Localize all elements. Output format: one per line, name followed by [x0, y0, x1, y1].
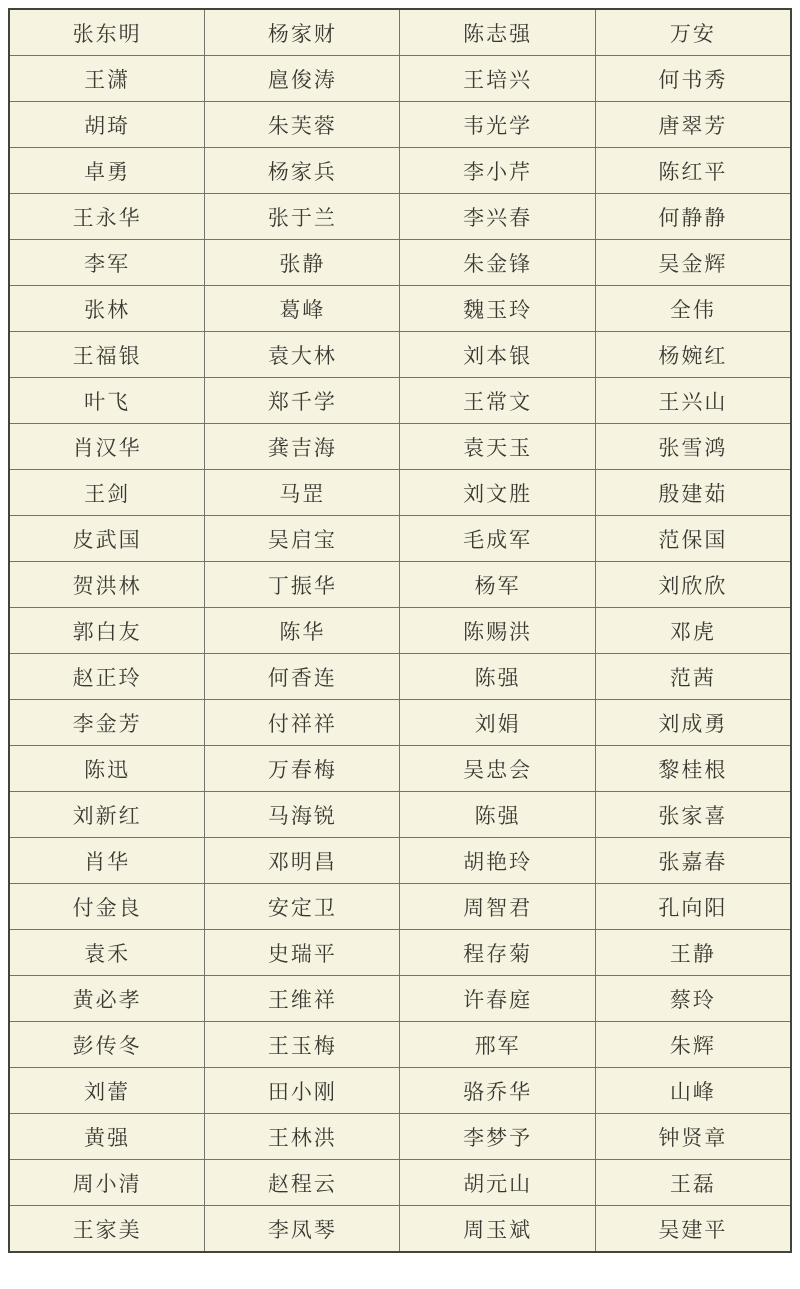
table-row: 肖汉华龚吉海袁天玉张雪鸿 [9, 424, 791, 470]
names-table-body: 张东明杨家财陈志强万安王潇扈俊涛王培兴何书秀胡琦朱芙蓉韦光学唐翠芳卓勇杨家兵李小… [9, 9, 791, 1252]
name-cell: 周小清 [9, 1160, 205, 1206]
table-row: 黄强王林洪李梦予钟贤章 [9, 1114, 791, 1160]
name-cell: 刘蕾 [9, 1068, 205, 1114]
name-cell: 刘文胜 [400, 470, 595, 516]
name-cell: 程存菊 [400, 930, 595, 976]
name-cell: 赵正玲 [9, 654, 205, 700]
name-cell: 杨家财 [205, 9, 400, 56]
name-cell: 王常文 [400, 378, 595, 424]
name-cell: 王玉梅 [205, 1022, 400, 1068]
name-cell: 陈红平 [595, 148, 791, 194]
name-cell: 袁天玉 [400, 424, 595, 470]
name-cell: 陈赐洪 [400, 608, 595, 654]
table-row: 张林葛峰魏玉玲全伟 [9, 286, 791, 332]
name-cell: 范茜 [595, 654, 791, 700]
table-row: 卓勇杨家兵李小芹陈红平 [9, 148, 791, 194]
name-cell: 邓明昌 [205, 838, 400, 884]
table-row: 叶飞郑千学王常文王兴山 [9, 378, 791, 424]
name-cell: 孔向阳 [595, 884, 791, 930]
name-cell: 吴建平 [595, 1206, 791, 1253]
name-cell: 朱芙蓉 [205, 102, 400, 148]
table-row: 王永华张于兰李兴春何静静 [9, 194, 791, 240]
name-cell: 许春庭 [400, 976, 595, 1022]
name-cell: 扈俊涛 [205, 56, 400, 102]
name-cell: 安定卫 [205, 884, 400, 930]
name-cell: 付金良 [9, 884, 205, 930]
name-cell: 龚吉海 [205, 424, 400, 470]
name-cell: 刘娟 [400, 700, 595, 746]
name-cell: 何书秀 [595, 56, 791, 102]
table-row: 彭传冬王玉梅邢军朱辉 [9, 1022, 791, 1068]
name-cell: 王林洪 [205, 1114, 400, 1160]
table-row: 黄必孝王维祥许春庭蔡玲 [9, 976, 791, 1022]
name-cell: 叶飞 [9, 378, 205, 424]
name-cell: 杨家兵 [205, 148, 400, 194]
table-row: 付金良安定卫周智君孔向阳 [9, 884, 791, 930]
name-cell: 何静静 [595, 194, 791, 240]
name-cell: 王兴山 [595, 378, 791, 424]
name-cell: 陈强 [400, 654, 595, 700]
name-cell: 王剑 [9, 470, 205, 516]
name-cell: 王静 [595, 930, 791, 976]
name-cell: 王维祥 [205, 976, 400, 1022]
name-cell: 韦光学 [400, 102, 595, 148]
name-cell: 吴启宝 [205, 516, 400, 562]
name-cell: 毛成军 [400, 516, 595, 562]
name-cell: 万安 [595, 9, 791, 56]
name-cell: 胡元山 [400, 1160, 595, 1206]
name-cell: 张家喜 [595, 792, 791, 838]
name-cell: 陈华 [205, 608, 400, 654]
name-cell: 黎桂根 [595, 746, 791, 792]
table-row: 周小清赵程云胡元山王磊 [9, 1160, 791, 1206]
name-cell: 郑千学 [205, 378, 400, 424]
table-row: 王福银袁大林刘本银杨婉红 [9, 332, 791, 378]
name-cell: 邢军 [400, 1022, 595, 1068]
name-cell: 肖华 [9, 838, 205, 884]
name-cell: 骆乔华 [400, 1068, 595, 1114]
name-cell: 朱辉 [595, 1022, 791, 1068]
name-cell: 刘新红 [9, 792, 205, 838]
name-cell: 唐翠芳 [595, 102, 791, 148]
table-row: 郭白友陈华陈赐洪邓虎 [9, 608, 791, 654]
name-cell: 王潇 [9, 56, 205, 102]
name-cell: 刘成勇 [595, 700, 791, 746]
name-cell: 何香连 [205, 654, 400, 700]
name-cell: 卓勇 [9, 148, 205, 194]
name-cell: 皮武国 [9, 516, 205, 562]
name-cell: 陈迅 [9, 746, 205, 792]
name-cell: 刘欣欣 [595, 562, 791, 608]
table-row: 赵正玲何香连陈强范茜 [9, 654, 791, 700]
name-cell: 邓虎 [595, 608, 791, 654]
name-cell: 黄强 [9, 1114, 205, 1160]
name-cell: 田小刚 [205, 1068, 400, 1114]
table-row: 皮武国吴启宝毛成军范保国 [9, 516, 791, 562]
name-cell: 李凤琴 [205, 1206, 400, 1253]
names-table-container: 张东明杨家财陈志强万安王潇扈俊涛王培兴何书秀胡琦朱芙蓉韦光学唐翠芳卓勇杨家兵李小… [0, 0, 800, 1261]
table-row: 胡琦朱芙蓉韦光学唐翠芳 [9, 102, 791, 148]
name-cell: 张东明 [9, 9, 205, 56]
name-cell: 张静 [205, 240, 400, 286]
name-cell: 范保国 [595, 516, 791, 562]
name-cell: 马海锐 [205, 792, 400, 838]
name-cell: 胡艳玲 [400, 838, 595, 884]
table-row: 王剑马罡刘文胜殷建茹 [9, 470, 791, 516]
name-cell: 黄必孝 [9, 976, 205, 1022]
table-row: 贺洪林丁振华杨军刘欣欣 [9, 562, 791, 608]
name-cell: 杨军 [400, 562, 595, 608]
name-cell: 胡琦 [9, 102, 205, 148]
table-row: 王家美李凤琴周玉斌吴建平 [9, 1206, 791, 1253]
name-cell: 周智君 [400, 884, 595, 930]
name-cell: 吴忠会 [400, 746, 595, 792]
name-cell: 李金芳 [9, 700, 205, 746]
name-cell: 周玉斌 [400, 1206, 595, 1253]
table-row: 刘新红马海锐陈强张家喜 [9, 792, 791, 838]
name-cell: 张于兰 [205, 194, 400, 240]
name-cell: 李军 [9, 240, 205, 286]
name-cell: 袁禾 [9, 930, 205, 976]
name-cell: 袁大林 [205, 332, 400, 378]
name-cell: 李小芹 [400, 148, 595, 194]
name-cell: 蔡玲 [595, 976, 791, 1022]
name-cell: 王福银 [9, 332, 205, 378]
name-cell: 山峰 [595, 1068, 791, 1114]
name-cell: 史瑞平 [205, 930, 400, 976]
name-cell: 肖汉华 [9, 424, 205, 470]
name-cell: 李兴春 [400, 194, 595, 240]
name-cell: 张嘉春 [595, 838, 791, 884]
name-cell: 万春梅 [205, 746, 400, 792]
name-cell: 刘本银 [400, 332, 595, 378]
table-row: 刘蕾田小刚骆乔华山峰 [9, 1068, 791, 1114]
name-cell: 郭白友 [9, 608, 205, 654]
name-cell: 魏玉玲 [400, 286, 595, 332]
name-cell: 马罡 [205, 470, 400, 516]
name-cell: 彭传冬 [9, 1022, 205, 1068]
name-cell: 张雪鸿 [595, 424, 791, 470]
name-cell: 陈强 [400, 792, 595, 838]
name-cell: 殷建茹 [595, 470, 791, 516]
name-cell: 葛峰 [205, 286, 400, 332]
table-row: 肖华邓明昌胡艳玲张嘉春 [9, 838, 791, 884]
name-cell: 钟贤章 [595, 1114, 791, 1160]
name-cell: 王磊 [595, 1160, 791, 1206]
name-cell: 丁振华 [205, 562, 400, 608]
table-row: 张东明杨家财陈志强万安 [9, 9, 791, 56]
name-cell: 全伟 [595, 286, 791, 332]
name-cell: 付祥祥 [205, 700, 400, 746]
name-cell: 朱金锋 [400, 240, 595, 286]
table-row: 陈迅万春梅吴忠会黎桂根 [9, 746, 791, 792]
name-cell: 王永华 [9, 194, 205, 240]
table-row: 王潇扈俊涛王培兴何书秀 [9, 56, 791, 102]
name-cell: 吴金辉 [595, 240, 791, 286]
name-cell: 贺洪林 [9, 562, 205, 608]
name-cell: 张林 [9, 286, 205, 332]
name-cell: 王培兴 [400, 56, 595, 102]
name-cell: 赵程云 [205, 1160, 400, 1206]
name-cell: 陈志强 [400, 9, 595, 56]
name-cell: 王家美 [9, 1206, 205, 1253]
name-cell: 杨婉红 [595, 332, 791, 378]
name-cell: 李梦予 [400, 1114, 595, 1160]
names-table: 张东明杨家财陈志强万安王潇扈俊涛王培兴何书秀胡琦朱芙蓉韦光学唐翠芳卓勇杨家兵李小… [8, 8, 792, 1253]
table-row: 李金芳付祥祥刘娟刘成勇 [9, 700, 791, 746]
table-row: 袁禾史瑞平程存菊王静 [9, 930, 791, 976]
table-row: 李军张静朱金锋吴金辉 [9, 240, 791, 286]
